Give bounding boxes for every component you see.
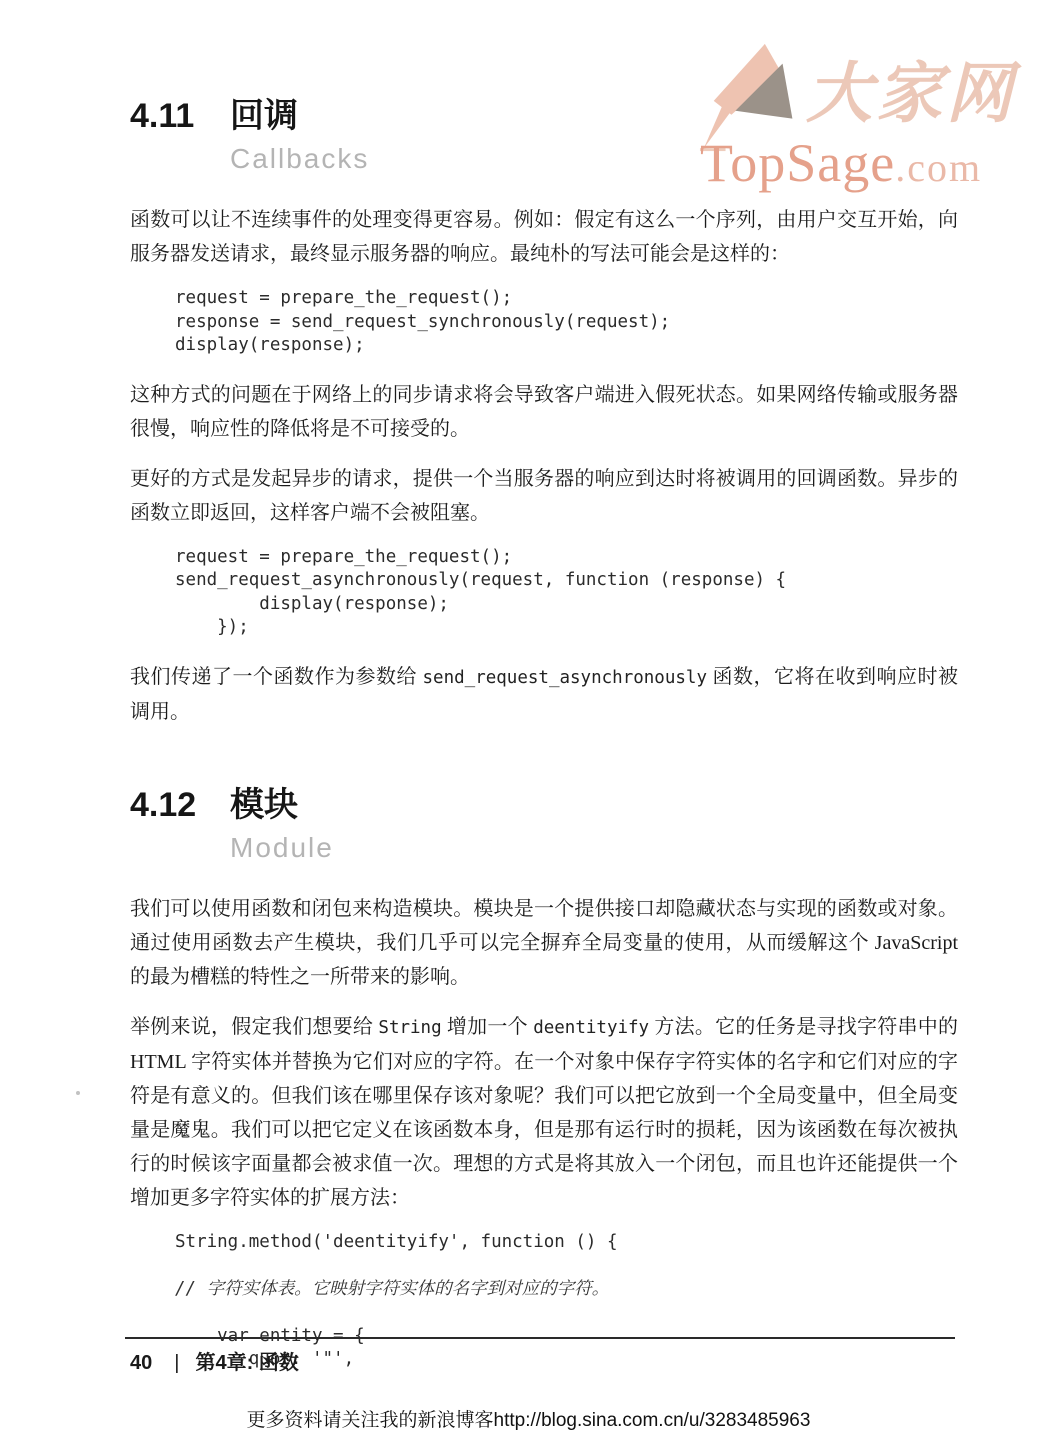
code-block-synchronous-request: request = prepare_the_request(); respons… xyxy=(175,287,958,358)
paragraph: 更好的方式是发起异步的请求，提供一个当服务器的响应到达时将被调用的回调函数。异步… xyxy=(130,462,958,530)
scanned-book-page: { "watermark": { "site_name": "大家网", "br… xyxy=(0,0,1057,1441)
inline-code: deentityify xyxy=(533,1018,649,1038)
paragraph: 我们可以使用函数和闭包来构造模块。模块是一个提供接口却隐藏状态与实现的函数或对象… xyxy=(130,892,958,994)
inline-code: String xyxy=(378,1018,441,1038)
section-title: 回调 xyxy=(230,97,298,135)
page-content: 4.11回调 Callbacks 函数可以让不连续事件的处理变得更容易。例如：假… xyxy=(130,88,958,1392)
page-footer: 40|第4章: 函数 xyxy=(130,1346,299,1375)
code-text: String.method('deentityify', function ()… xyxy=(175,1232,618,1252)
footer-rule xyxy=(125,1337,955,1339)
code-comment: // 字符实体表。它映射字符实体的名字到对应的字符。 xyxy=(175,1279,609,1299)
blog-note: 更多资料请关注我的新浪博客http://blog.sina.com.cn/u/3… xyxy=(0,1405,1057,1432)
code-block-asynchronous-request: request = prepare_the_request(); send_re… xyxy=(175,546,958,640)
section-subtitle-module: Module xyxy=(230,832,958,864)
paragraph-text: 方法。它的任务是寻找字符串中的 HTML 字符实体并替换为它们对应的字符。在一个… xyxy=(130,1016,958,1209)
paragraph: 函数可以让不连续事件的处理变得更容易。例如：假定有这么一个序列，由用户交互开始，… xyxy=(130,203,958,271)
paragraph-text: 举例来说，假定我们想要给 xyxy=(130,1016,378,1038)
inline-code: send_request_asynchronously xyxy=(423,668,707,688)
paragraph: 举例来说，假定我们想要给 String 增加一个 deentityify 方法。… xyxy=(130,1010,958,1215)
scan-speck xyxy=(76,1091,80,1095)
page-number: 40 xyxy=(130,1352,152,1374)
section-title: 模块 xyxy=(230,786,298,824)
chapter-title: 第4章: 函数 xyxy=(195,1352,298,1374)
footer-divider: | xyxy=(174,1352,179,1374)
paragraph-text: 增加一个 xyxy=(442,1016,534,1038)
section-heading-4-12: 4.12模块 xyxy=(130,777,958,826)
paragraph: 这种方式的问题在于网络上的同步请求将会导致客户端进入假死状态。如果网络传输或服务… xyxy=(130,378,958,446)
section-number: 4.12 xyxy=(130,786,230,825)
section-subtitle-callbacks: Callbacks xyxy=(230,143,958,175)
paragraph: 我们传递了一个函数作为参数给 send_request_asynchronous… xyxy=(130,660,958,729)
paragraph-text: 我们传递了一个函数作为参数给 xyxy=(130,666,423,688)
section-number: 4.11 xyxy=(130,97,230,136)
section-heading-4-11: 4.11回调 xyxy=(130,88,958,137)
